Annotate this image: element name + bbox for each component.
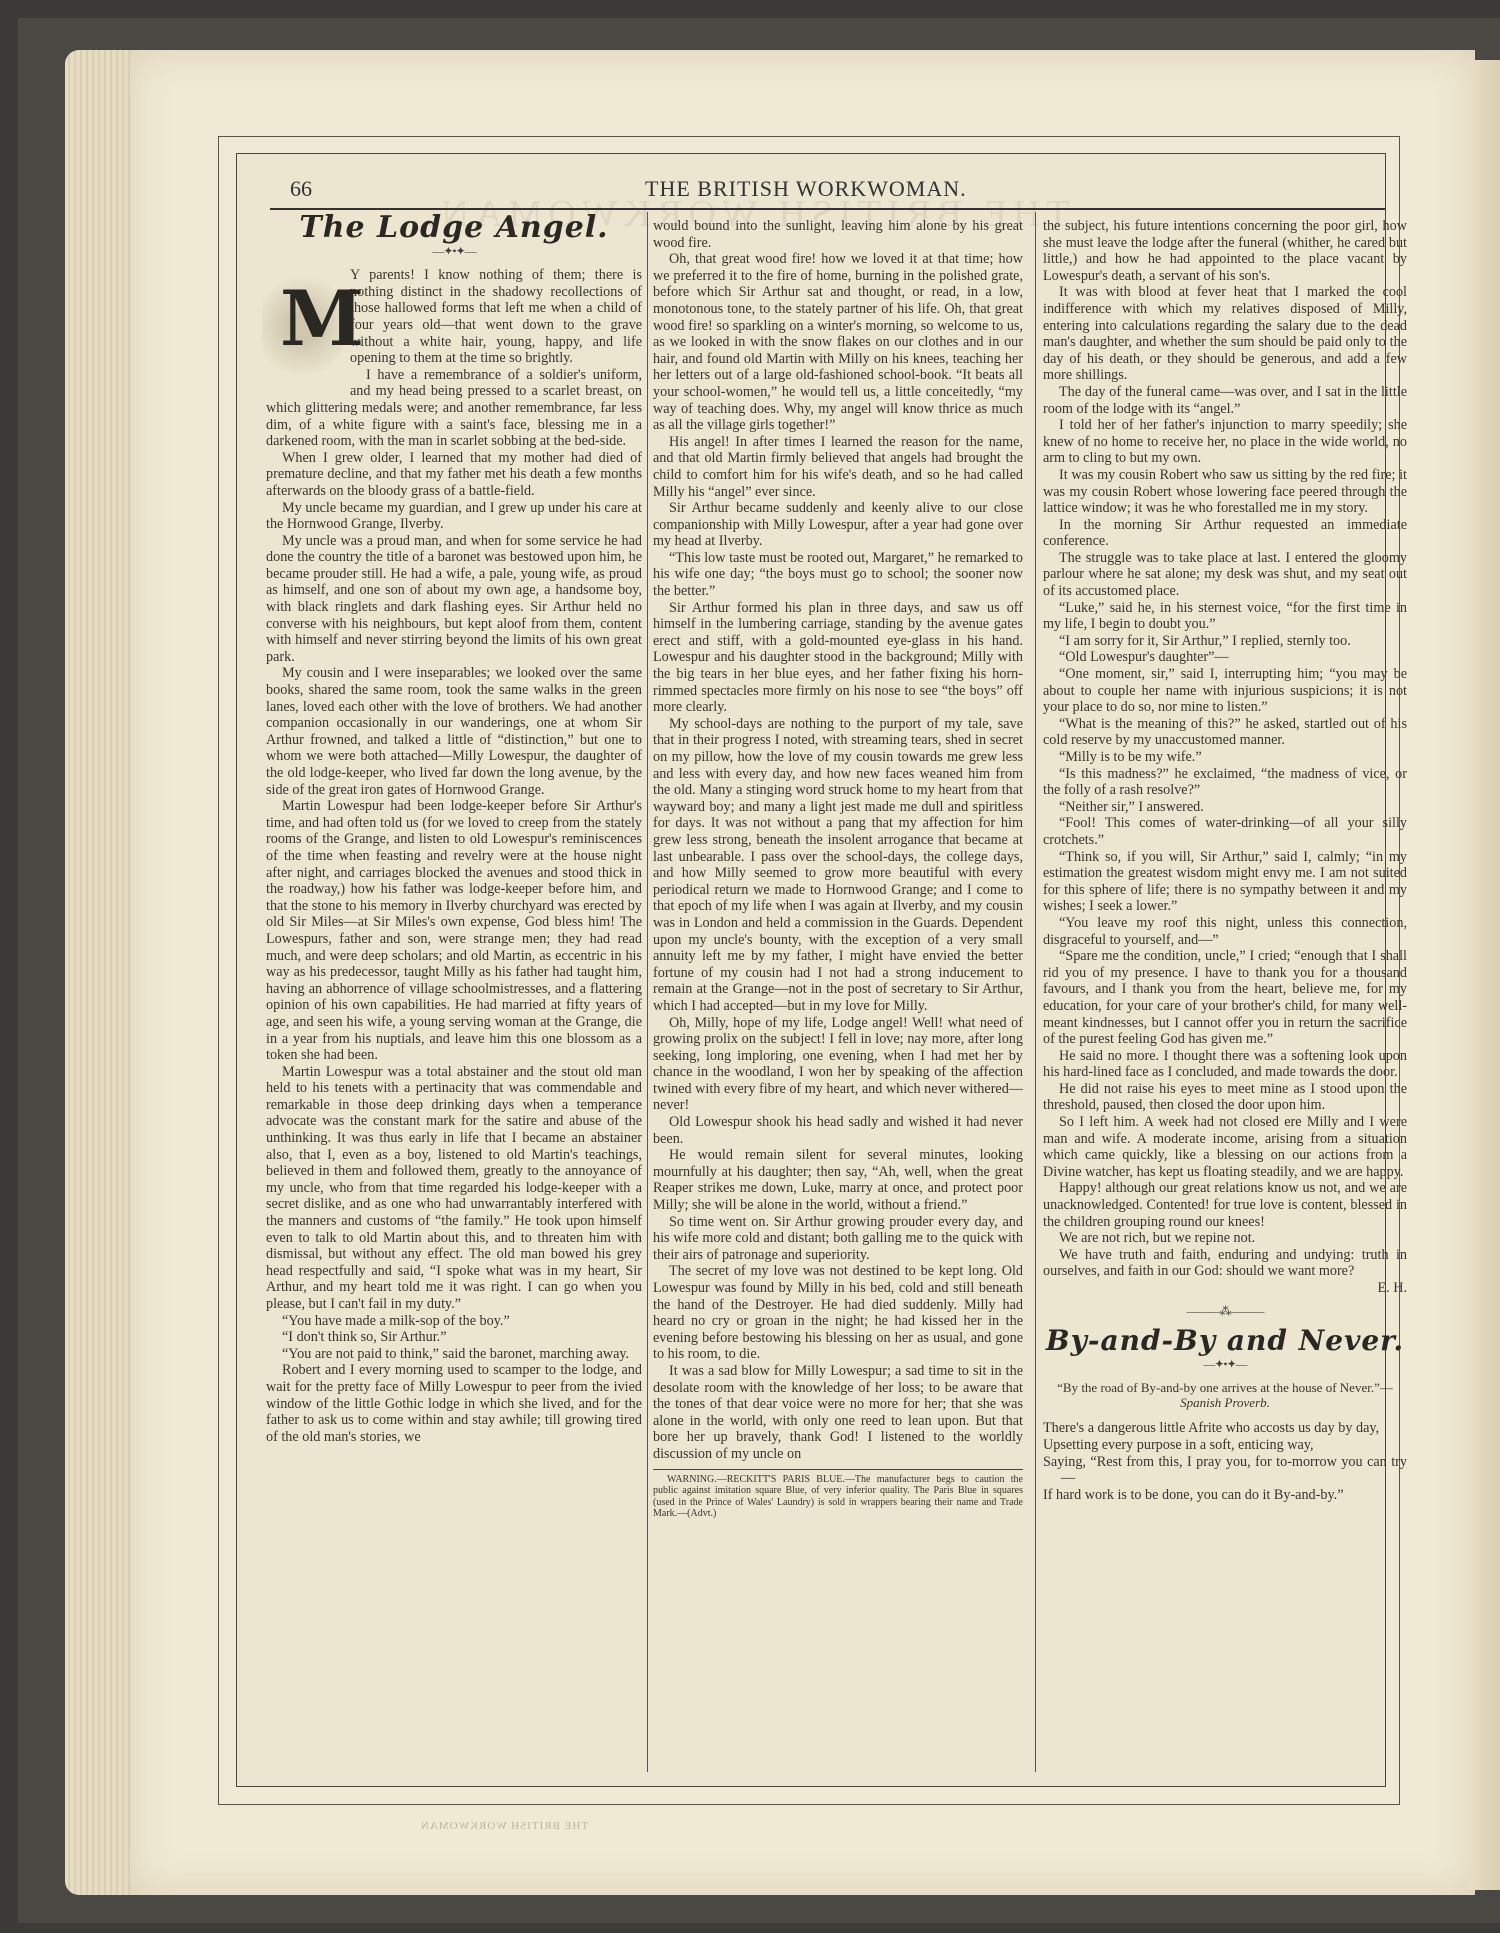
paragraph: “Luke,” said he, in his sternest voice, …: [1043, 600, 1407, 633]
epigraph: “By the road of By-and-by one arrives at…: [1043, 1380, 1407, 1410]
poem-body: There's a dangerous little Afrite who ac…: [1043, 1420, 1407, 1503]
paragraph: “Spare me the condition, uncle,” I cried…: [1043, 948, 1407, 1048]
paragraph: It was my cousin Robert who saw us sitti…: [1043, 467, 1407, 517]
paragraph: It was with blood at fever heat that I m…: [1043, 284, 1407, 384]
column-divider-2: [1035, 212, 1036, 1772]
paragraph: It was a sad blow for Milly Lowespur; a …: [653, 1363, 1023, 1463]
paragraph: When I grew older, I learned that my mot…: [266, 450, 642, 500]
paragraph: “Think so, if you will, Sir Arthur,” sai…: [1043, 849, 1407, 915]
author-initials: E. H.: [1377, 1280, 1407, 1297]
poem-title-ornament: —✦•✦—: [1043, 1356, 1407, 1373]
column-3: the subject, his future intentions conce…: [1043, 218, 1407, 1503]
running-title: THE BRITISH WORKWOMAN.: [645, 176, 967, 202]
paragraph: “Milly is to be my wife.”: [1043, 749, 1407, 766]
paragraph: Old Lowespur shook his head sadly and wi…: [653, 1114, 1023, 1147]
paragraph: Oh, that great wood fire! how we loved i…: [653, 251, 1023, 434]
paragraph: The struggle was to take place at last. …: [1043, 550, 1407, 600]
paragraph: “Old Lowespur's daughter”—: [1043, 649, 1407, 666]
paragraph: Martin Lowespur was a total abstainer an…: [266, 1064, 642, 1313]
paragraph: “This low taste must be rooted out, Marg…: [653, 550, 1023, 600]
poem-line: Saying, “Rest from this, I pray you, for…: [1043, 1454, 1407, 1487]
paragraph: My uncle became my guardian, and I grew …: [266, 500, 642, 533]
paragraph: My uncle was a proud man, and when for s…: [266, 533, 642, 666]
poem-line: Upsetting every purpose in a soft, entic…: [1043, 1437, 1407, 1454]
paragraph: So I left him. A week had not closed ere…: [1043, 1114, 1407, 1180]
paragraph: The secret of my love was not destined t…: [653, 1263, 1023, 1363]
paragraph: “Fool! This comes of water-drinking—of a…: [1043, 815, 1407, 848]
column-2: would bound into the sunlight, leaving h…: [653, 218, 1023, 1520]
paragraph: He would remain silent for several minut…: [653, 1147, 1023, 1213]
paragraph: I told her of her father's injunction to…: [1043, 417, 1407, 467]
paragraph: Robert and I every morning used to scamp…: [266, 1362, 642, 1445]
poem-title: By-and-By and Never.: [1043, 1333, 1407, 1350]
dropcap-letter: M: [280, 281, 364, 357]
paragraph: Martin Lowespur had been lodge-keeper be…: [266, 798, 642, 1064]
paragraph: Sir Arthur became suddenly and keenly al…: [653, 500, 1023, 550]
epigraph-quote: “By the road of By-and-by one arrives at…: [1057, 1380, 1393, 1395]
decorated-initial: M: [262, 267, 344, 385]
column-divider-1: [647, 212, 648, 1772]
paragraph: “You are not paid to think,” said the ba…: [266, 1346, 642, 1363]
paragraph: “You leave my roof this night, unless th…: [1043, 915, 1407, 948]
paragraph: would bound into the sunlight, leaving h…: [653, 218, 1023, 251]
paragraph: His angel! In after times I learned the …: [653, 434, 1023, 500]
paragraph: He said no more. I thought there was a s…: [1043, 1048, 1407, 1081]
story-title: The Lodge Angel.: [266, 220, 642, 237]
title-ornament: —✦•✦—: [266, 243, 642, 260]
paragraph: So time went on. Sir Arthur growing prou…: [653, 1214, 1023, 1264]
poem-line: If hard work is to be done, you can do i…: [1043, 1487, 1407, 1504]
paragraph: “I don't think so, Sir Arthur.”: [266, 1329, 642, 1346]
paragraph: In the morning Sir Arthur requested an i…: [1043, 517, 1407, 550]
paragraph: My school-days are nothing to the purpor…: [653, 716, 1023, 1015]
paragraph: “One moment, sir,” said I, interrupting …: [1043, 666, 1407, 716]
column-1: The Lodge Angel. —✦•✦— M Y parents! I kn…: [266, 218, 642, 1445]
paragraph: “Neither sir,” I answered.: [1043, 799, 1407, 816]
paragraph: “Is this madness?” he exclaimed, “the ma…: [1043, 766, 1407, 799]
paragraph: My cousin and I were inseparables; we lo…: [266, 665, 642, 798]
advertisement: WARNING.—RECKITT'S PARIS BLUE.—The manuf…: [653, 1469, 1023, 1520]
paragraph: the subject, his future intentions conce…: [1043, 218, 1407, 284]
epigraph-source: Spanish Proverb.: [1180, 1395, 1270, 1410]
page-header: 66 THE BRITISH WORKWOMAN.: [290, 176, 1380, 206]
paragraph: “I am sorry for it, Sir Arthur,” I repli…: [1043, 633, 1407, 650]
closing-paragraph: We have truth and faith, enduring and un…: [1043, 1247, 1407, 1280]
section-divider: ———⁂———: [1043, 1303, 1407, 1320]
poem-line: There's a dangerous little Afrite who ac…: [1043, 1420, 1407, 1437]
paragraph: “What is the meaning of this?” he asked,…: [1043, 716, 1407, 749]
paragraph: Sir Arthur formed his plan in three days…: [653, 600, 1023, 716]
right-page-edge: [1468, 60, 1500, 1890]
paragraph: “You have made a milk-sop of the boy.”: [266, 1313, 642, 1330]
paragraph: He did not raise his eyes to meet mine a…: [1043, 1081, 1407, 1114]
page-number: 66: [290, 176, 312, 202]
paragraph: Oh, Milly, hope of my life, Lodge angel!…: [653, 1015, 1023, 1115]
signature-line: E. H.: [1043, 1280, 1407, 1297]
paragraph: We are not rich, but we repine not.: [1043, 1230, 1407, 1247]
showthrough-footer: THE BRITISH WORKWOMAN: [420, 1820, 588, 1832]
paragraph: Happy! although our great relations know…: [1043, 1180, 1407, 1230]
paragraph: The day of the funeral came—was over, an…: [1043, 384, 1407, 417]
